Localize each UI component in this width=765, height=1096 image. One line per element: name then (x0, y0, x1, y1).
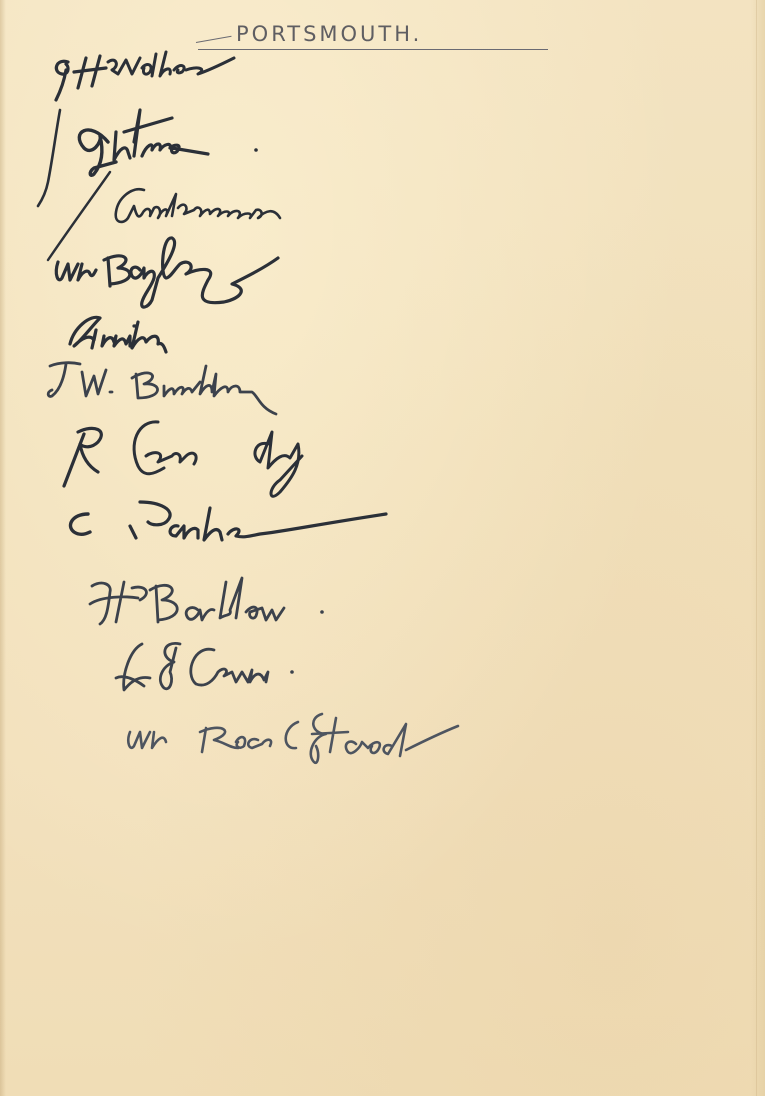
header-underline (198, 49, 548, 50)
paper-fold-line (756, 0, 757, 1096)
signature-h-barlow: H Barlow. (86, 574, 346, 634)
signature-w-rochford: W Rochford (122, 704, 482, 784)
signature-stroke (86, 574, 346, 634)
signature-stroke (40, 352, 300, 422)
signature-j-anderson: J Anderson (104, 184, 304, 234)
signature-w-bagley: W Bagley (48, 228, 288, 318)
signature-stroke (54, 414, 324, 504)
header-underline-tick (196, 36, 232, 43)
page-title: PORTSMOUTH. (236, 22, 422, 46)
signature-l-j-lewin: L J Lewin (110, 636, 310, 706)
paper-left-edge (0, 0, 6, 1096)
signature-c-parker: C Parker (60, 496, 390, 566)
signature-stroke (110, 636, 310, 706)
signature-stroke (60, 496, 390, 566)
signature-stroke (122, 704, 482, 784)
autograph-page: PORTSMOUTH. G H Walker J Guthrie. J Ande… (0, 0, 765, 1096)
signature-r-canady: R Canady (54, 414, 324, 504)
paper-right-edge (751, 0, 765, 1096)
signature-t-w-buckley: T W Buckley (40, 352, 300, 422)
signature-stroke (48, 228, 288, 318)
signature-stroke (104, 184, 304, 234)
